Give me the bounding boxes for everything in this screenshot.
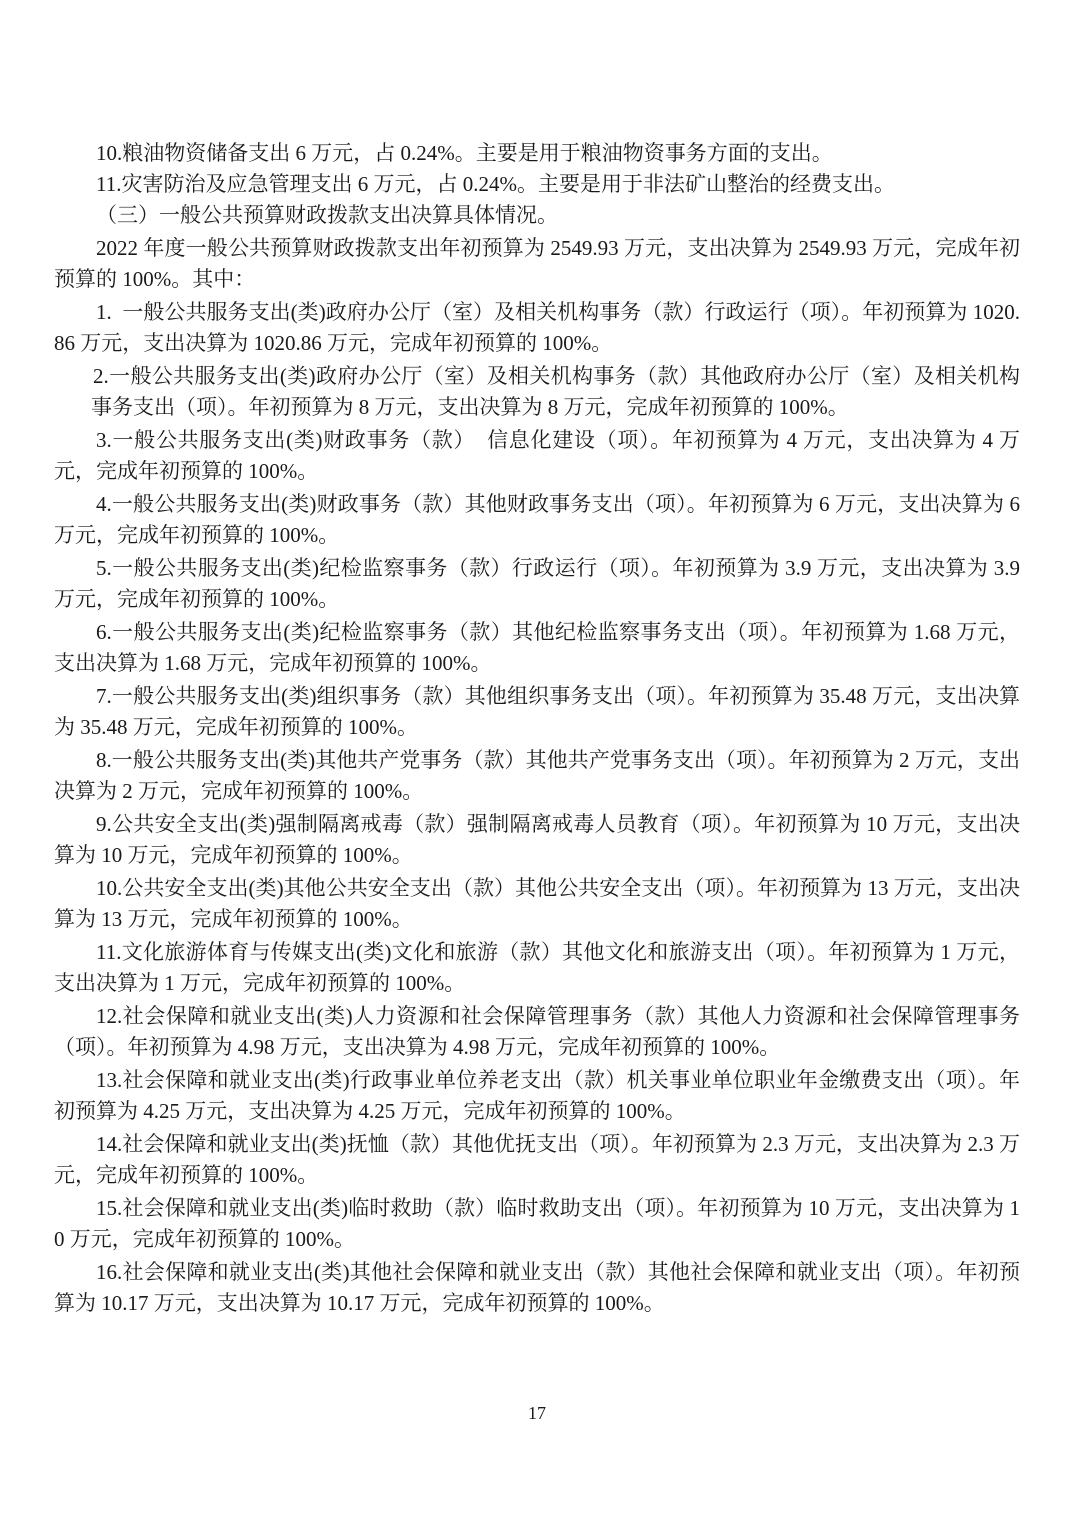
body-paragraph: 10.粮油物资储备支出 6 万元，占 0.24%。主要是用于粮油物资事务方面的支… (54, 138, 1020, 169)
list-item: 15.社会保障和就业支出(类)临时救助（款）临时救助支出（项）。年初预算为 10… (54, 1193, 1020, 1255)
list-item: 16.社会保障和就业支出(类)其他社会保障和就业支出（款）其他社会保障和就业支出… (54, 1257, 1020, 1319)
list-item: 6.一般公共服务支出(类)纪检监察事务（款）其他纪检监察事务支出（项）。年初预算… (54, 617, 1020, 679)
body-paragraph: 11.灾害防治及应急管理支出 6 万元，占 0.24%。主要是用于非法矿山整治的… (54, 169, 1020, 200)
document-body: 10.粮油物资储备支出 6 万元，占 0.24%。主要是用于粮油物资事务方面的支… (54, 138, 1020, 1319)
list-item: 14.社会保障和就业支出(类)抚恤（款）其他优抚支出（项）。年初预算为 2.3 … (54, 1129, 1020, 1191)
page-footer: 17 (0, 1401, 1074, 1425)
list-item: 3.一般公共服务支出(类)财政事务（款） 信息化建设（项）。年初预算为 4 万元… (54, 425, 1020, 487)
list-item: 8.一般公共服务支出(类)其他共产党事务（款）其他共产党事务支出（项）。年初预算… (54, 745, 1020, 807)
section-heading: （三）一般公共预算财政拨款支出决算具体情况。 (54, 200, 1020, 231)
list-item: 12.社会保障和就业支出(类)人力资源和社会保障管理事务（款）其他人力资源和社会… (54, 1001, 1020, 1063)
list-item: 9.公共安全支出(类)强制隔离戒毒（款）强制隔离戒毒人员教育（项）。年初预算为 … (54, 809, 1020, 871)
document-page: 10.粮油物资储备支出 6 万元，占 0.24%。主要是用于粮油物资事务方面的支… (0, 0, 1074, 1520)
list-item: 13.社会保障和就业支出(类)行政事业单位养老支出（款）机关事业单位职业年金缴费… (54, 1065, 1020, 1127)
list-item: 11.文化旅游体育与传媒支出(类)文化和旅游（款）其他文化和旅游支出（项）。年初… (54, 937, 1020, 999)
list-item: 4.一般公共服务支出(类)财政事务（款）其他财政事务支出（项）。年初预算为 6 … (54, 489, 1020, 551)
list-item: 5.一般公共服务支出(类)纪检监察事务（款）行政运行（项）。年初预算为 3.9 … (54, 553, 1020, 615)
list-item: 10.公共安全支出(类)其他公共安全支出（款）其他公共安全支出（项）。年初预算为… (54, 873, 1020, 935)
page-number: 17 (528, 1403, 546, 1423)
list-item: 7.一般公共服务支出(类)组织事务（款）其他组织事务支出（项）。年初预算为 35… (54, 681, 1020, 743)
body-paragraph: 2022 年度一般公共预算财政拨款支出年初预算为 2549.93 万元，支出决算… (54, 233, 1020, 295)
list-item: 1. 一般公共服务支出(类)政府办公厅（室）及相关机构事务（款）行政运行（项）。… (54, 297, 1020, 359)
list-item: 2.一般公共服务支出(类)政府办公厅（室）及相关机构事务（款）其他政府办公厅（室… (54, 361, 1020, 423)
